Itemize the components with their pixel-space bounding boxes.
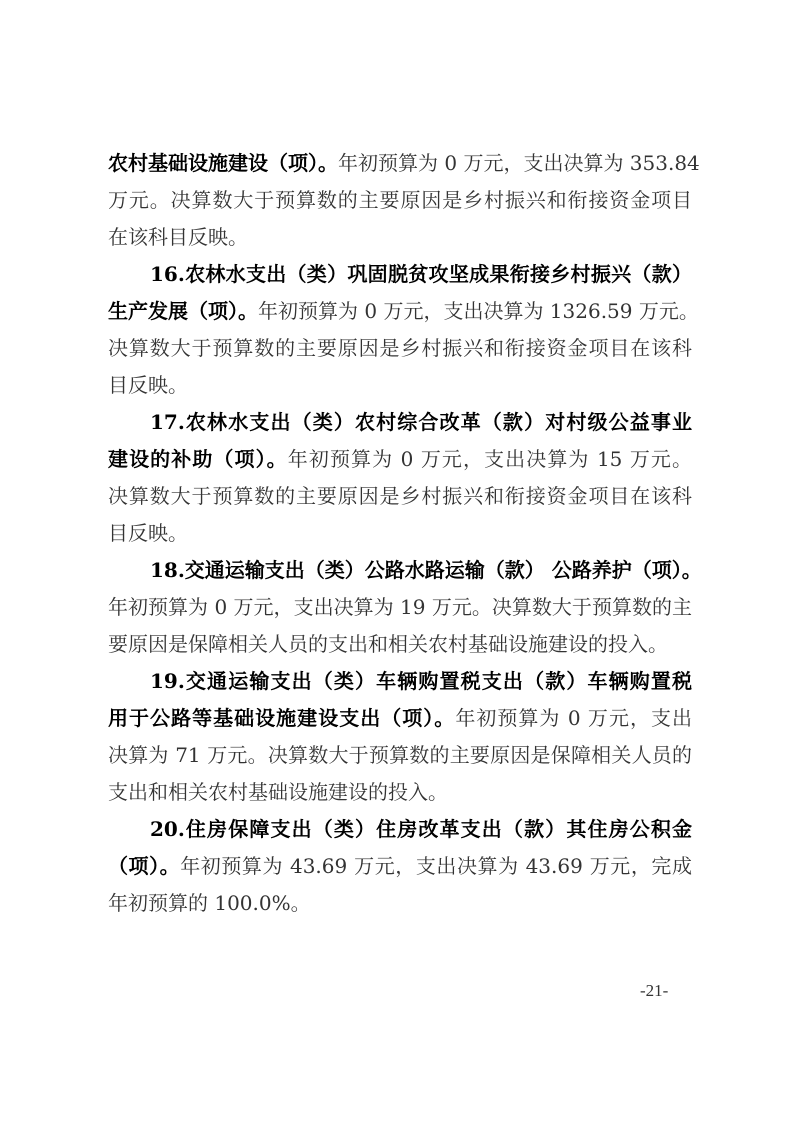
item-text: 年初预算为 0 万元，支出决算为 353.84 <box>338 151 700 175</box>
item-text: 年初预算为 0 万元，支出 <box>455 706 692 730</box>
text-line: 决算为 71 万元。决算数大于预算数的主要原因是保障相关人员的 <box>108 737 692 774</box>
item-heading: 16.农林水支出（类）巩固脱贫攻坚成果衔接乡村振兴（款） <box>150 262 692 286</box>
text-line: 要原因是保障相关人员的支出和相关农村基础设施建设的投入。 <box>108 626 692 663</box>
text-line: 在该科目反映。 <box>108 219 692 256</box>
text-line: 20.住房保障支出（类）住房改革支出（款）其住房公积金 <box>108 811 692 848</box>
paragraph-rural-infrastructure: 农村基础设施建设（项）。年初预算为 0 万元，支出决算为 353.84 万元。决… <box>108 145 692 256</box>
item-heading: 生产发展（项）。 <box>108 299 258 323</box>
item-heading: （项）。 <box>108 854 180 878</box>
text-line: 17.农林水支出（类）农村综合改革（款）对村级公益事业 <box>108 404 692 441</box>
item-text: 万元。决算数大于预算数的主要原因是乡村振兴和衔接资金项目 <box>108 188 692 212</box>
text-line: 生产发展（项）。年初预算为 0 万元，支出决算为 1326.59 万元。 <box>108 293 692 330</box>
item-text: 目反映。 <box>108 373 188 397</box>
item-heading: 农村基础设施建设（项）。 <box>108 151 338 175</box>
page-number: -21- <box>640 981 668 1001</box>
item-heading: 17.农林水支出（类）农村综合改革（款）对村级公益事业 <box>150 410 692 434</box>
text-line: 年初预算为 0 万元，支出决算为 19 万元。决算数大于预算数的主 <box>108 589 692 626</box>
text-line: 用于公路等基础设施建设支出（项）。年初预算为 0 万元，支出 <box>108 700 692 737</box>
text-line: 目反映。 <box>108 515 692 552</box>
text-line: 19.交通运输支出（类）车辆购置税支出（款）车辆购置税 <box>108 663 692 700</box>
paragraph-item-17: 17.农林水支出（类）农村综合改革（款）对村级公益事业 建设的补助（项）。年初预… <box>108 404 692 552</box>
text-line: 决算数大于预算数的主要原因是乡村振兴和衔接资金项目在该科 <box>108 330 692 367</box>
item-text: 年初预算为 0 万元，支出决算为 1326.59 万元。 <box>258 299 699 323</box>
text-line: 年初预算的 100.0%。 <box>108 885 692 922</box>
text-line: 目反映。 <box>108 367 692 404</box>
paragraph-item-18: 18.交通运输支出（类）公路水路运输（款） 公路养护（项）。 年初预算为 0 万… <box>108 552 692 663</box>
paragraph-item-20: 20.住房保障支出（类）住房改革支出（款）其住房公积金 （项）。年初预算为 43… <box>108 811 692 922</box>
item-heading: 18.交通运输支出（类）公路水路运输（款） 公路养护（项）。 <box>150 558 702 582</box>
item-text: 在该科目反映。 <box>108 225 248 249</box>
item-text: 年初预算的 100.0%。 <box>108 891 311 915</box>
item-text: 目反映。 <box>108 521 188 545</box>
item-text: 要原因是保障相关人员的支出和相关农村基础设施建设的投入。 <box>108 632 668 656</box>
item-text: 决算数大于预算数的主要原因是乡村振兴和衔接资金项目在该科 <box>108 336 692 360</box>
text-line: 16.农林水支出（类）巩固脱贫攻坚成果衔接乡村振兴（款） <box>108 256 692 293</box>
text-line: 支出和相关农村基础设施建设的投入。 <box>108 774 692 811</box>
text-line: 18.交通运输支出（类）公路水路运输（款） 公路养护（项）。 <box>108 552 692 589</box>
text-line: 农村基础设施建设（项）。年初预算为 0 万元，支出决算为 353.84 <box>108 145 692 182</box>
item-text: 年初预算为 0 万元，支出决算为 15 万元。 <box>288 447 692 471</box>
item-text: 决算为 71 万元。决算数大于预算数的主要原因是保障相关人员的 <box>108 743 692 767</box>
item-text: 年初预算为 0 万元，支出决算为 19 万元。决算数大于预算数的主 <box>108 595 692 619</box>
item-heading: 建设的补助（项）。 <box>108 447 288 471</box>
text-line: （项）。年初预算为 43.69 万元，支出决算为 43.69 万元，完成 <box>108 848 692 885</box>
item-text: 决算数大于预算数的主要原因是乡村振兴和衔接资金项目在该科 <box>108 484 692 508</box>
item-heading: 20.住房保障支出（类）住房改革支出（款）其住房公积金 <box>150 817 692 841</box>
item-text: 年初预算为 43.69 万元，支出决算为 43.69 万元，完成 <box>180 854 692 878</box>
text-line: 决算数大于预算数的主要原因是乡村振兴和衔接资金项目在该科 <box>108 478 692 515</box>
item-heading: 用于公路等基础设施建设支出（项）。 <box>108 706 455 730</box>
document-body: 农村基础设施建设（项）。年初预算为 0 万元，支出决算为 353.84 万元。决… <box>108 145 692 922</box>
paragraph-item-19: 19.交通运输支出（类）车辆购置税支出（款）车辆购置税 用于公路等基础设施建设支… <box>108 663 692 811</box>
item-heading: 19.交通运输支出（类）车辆购置税支出（款）车辆购置税 <box>150 669 692 693</box>
text-line: 建设的补助（项）。年初预算为 0 万元，支出决算为 15 万元。 <box>108 441 692 478</box>
text-line: 万元。决算数大于预算数的主要原因是乡村振兴和衔接资金项目 <box>108 182 692 219</box>
item-text: 支出和相关农村基础设施建设的投入。 <box>108 780 448 804</box>
paragraph-item-16: 16.农林水支出（类）巩固脱贫攻坚成果衔接乡村振兴（款） 生产发展（项）。年初预… <box>108 256 692 404</box>
